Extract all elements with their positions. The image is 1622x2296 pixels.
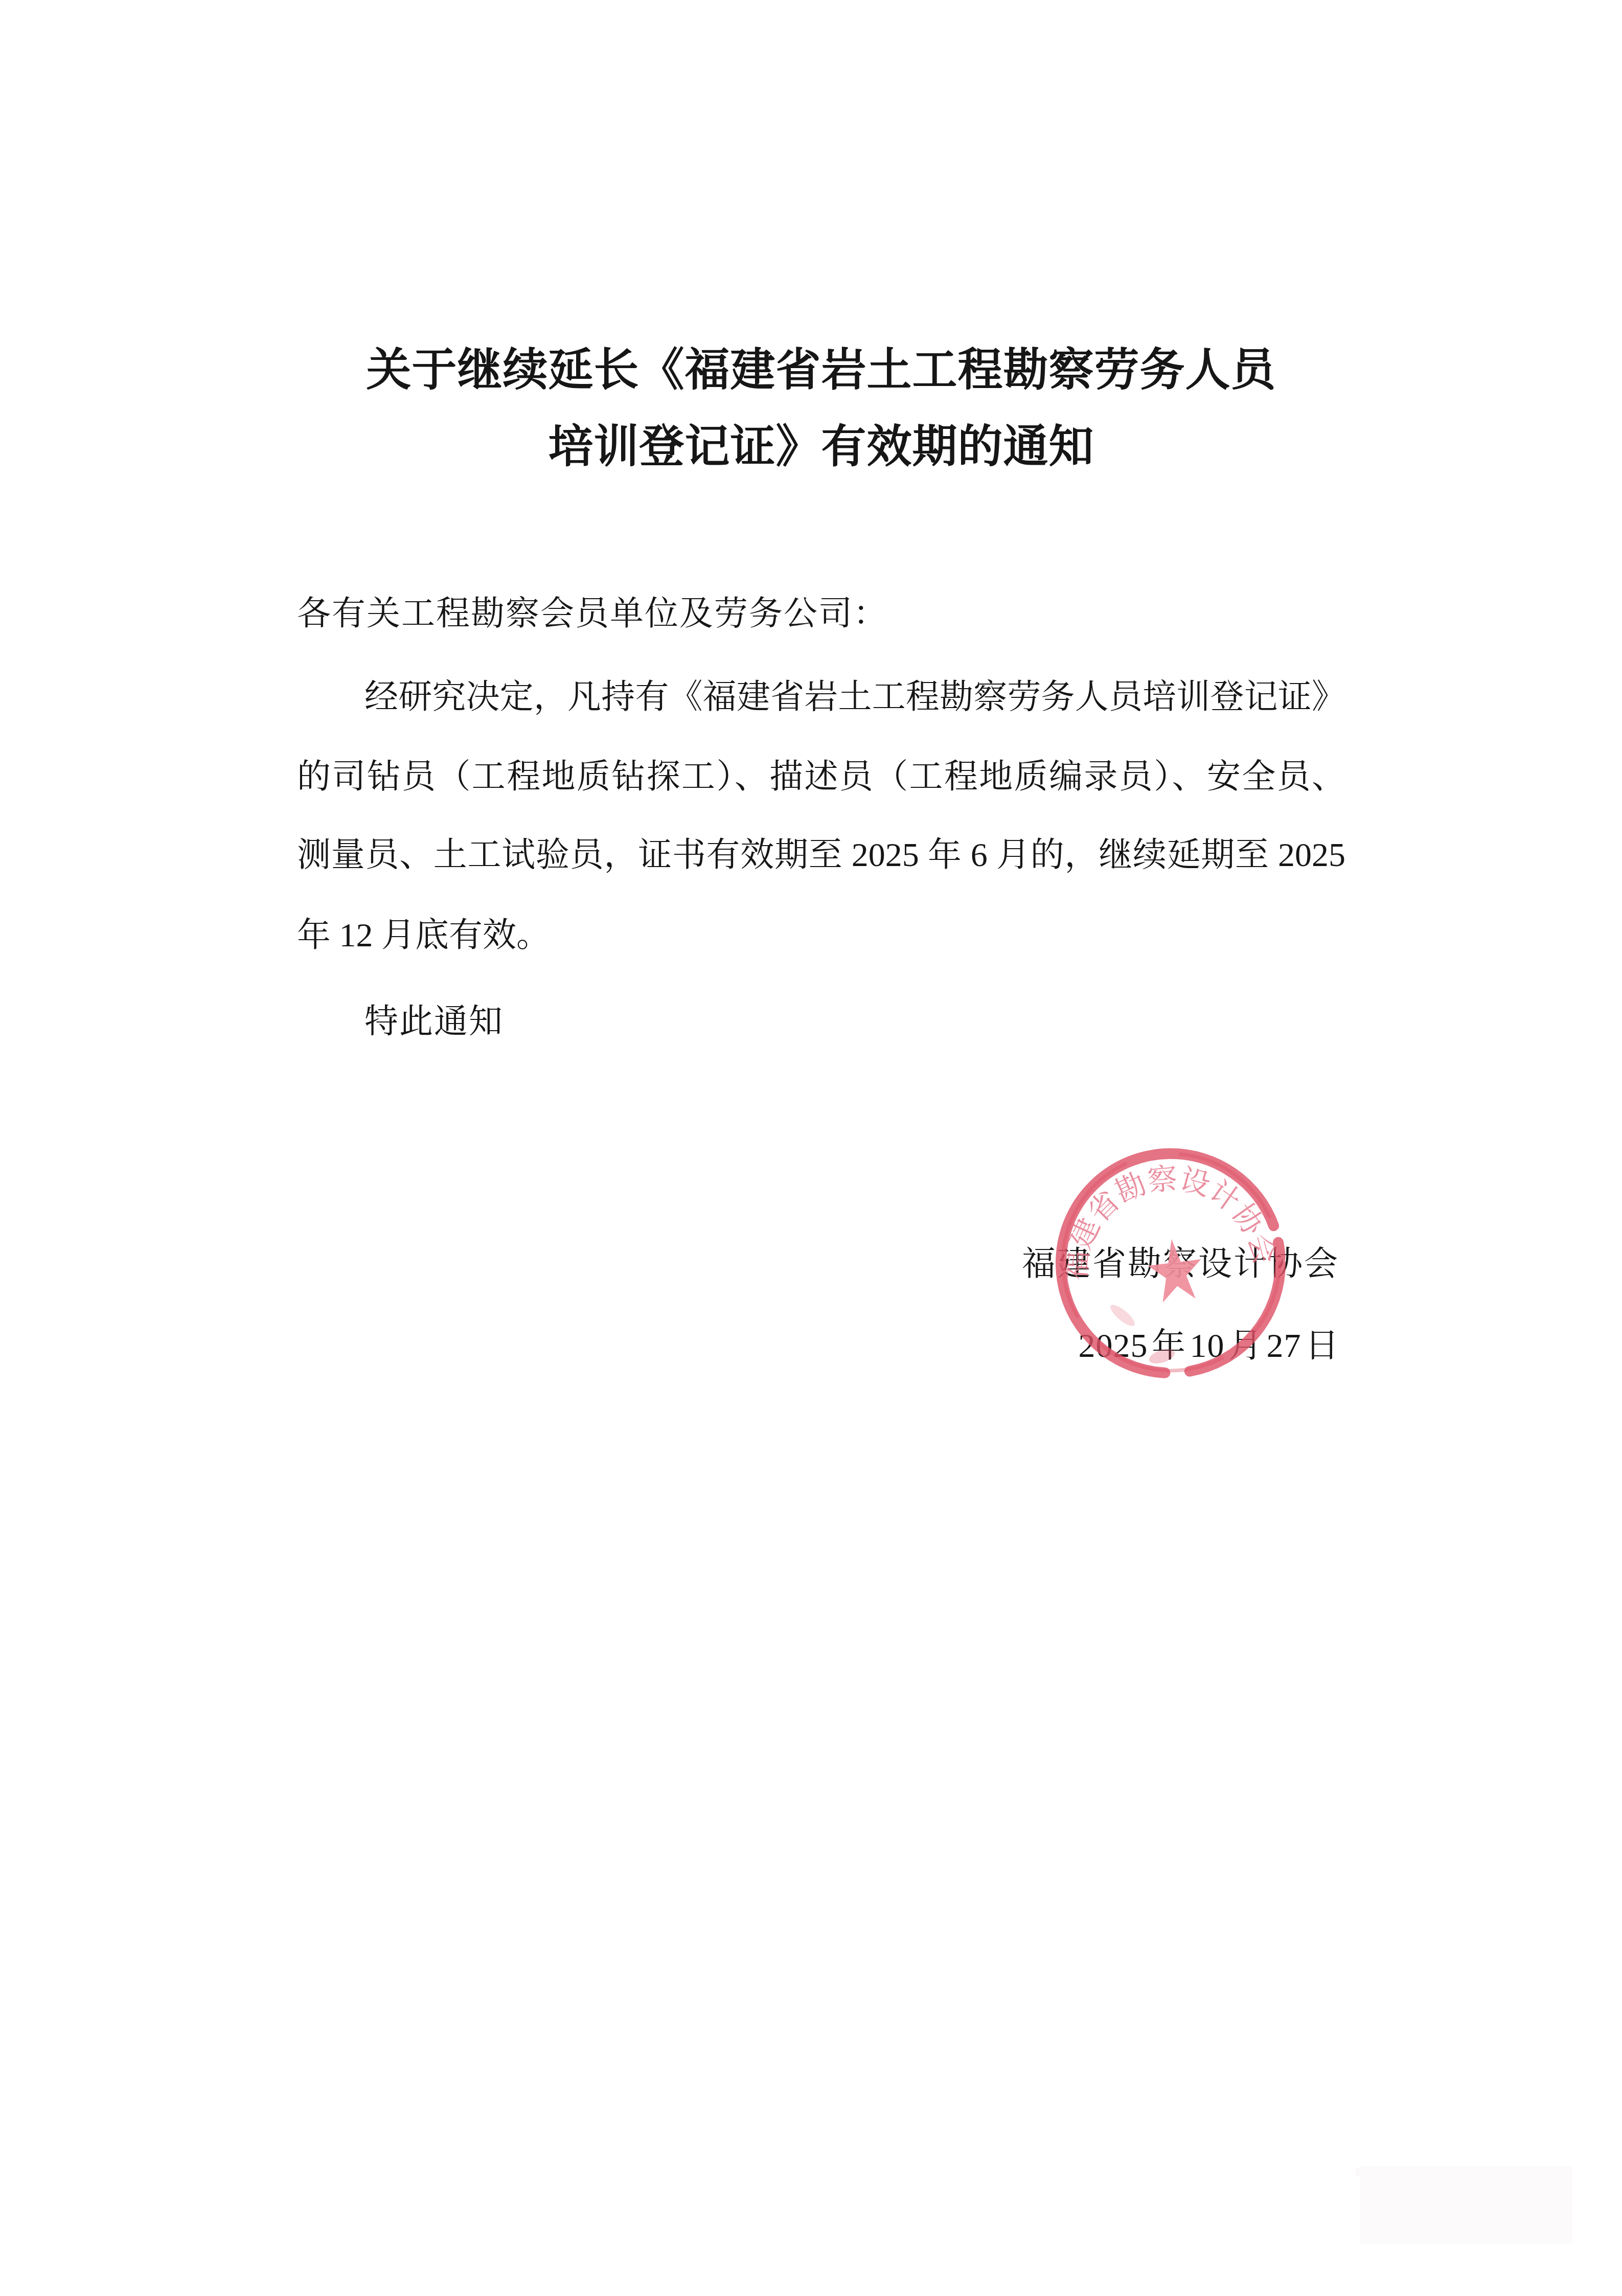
body-line: 测量员、土工试验员，证书有效期至 2025 年 6 月的，继续延期至 2025 [297,838,1345,872]
seal-arc-char: 察 [1146,1162,1178,1197]
issuer-signature: 福建省勘察设计协会 [1022,1247,1339,1281]
issue-date: 2025 年 10 月 27 日 [1079,1329,1340,1363]
seal-ink-smudge [1108,1302,1138,1329]
seal-arc-char: 协 [1226,1198,1271,1242]
seal-arc-char: 省 [1082,1185,1126,1229]
body-line: 年 12 月底有效。 [297,919,1345,952]
seal-arc-char: 勘 [1110,1167,1151,1209]
salutation: 各有关工程勘察会员单位及劳务公司： [297,597,888,631]
body-line: 的司钻员（工程地质钻探工）、描述员（工程地质编录员）、安全员、 [297,760,1345,794]
seal-arc-char: 设 [1176,1163,1214,1202]
seal-arc-char: 计 [1203,1174,1246,1219]
notice-title-line-2: 培训登记证》有效期的通知 [297,409,1345,486]
notice-title: 关于继续延长《福建省岩土工程勘察劳务人员 培训登记证》有效期的通知 [297,332,1345,486]
closing-phrase: 特此通知 [364,1005,504,1039]
body-line: 经研究决定，凡持有《福建省岩土工程勘察劳务人员培训登记证》 [297,680,1345,714]
notice-title-line-1: 关于继续延长《福建省岩土工程勘察劳务人员 [297,332,1345,409]
scan-artifact [1360,2167,1572,2243]
